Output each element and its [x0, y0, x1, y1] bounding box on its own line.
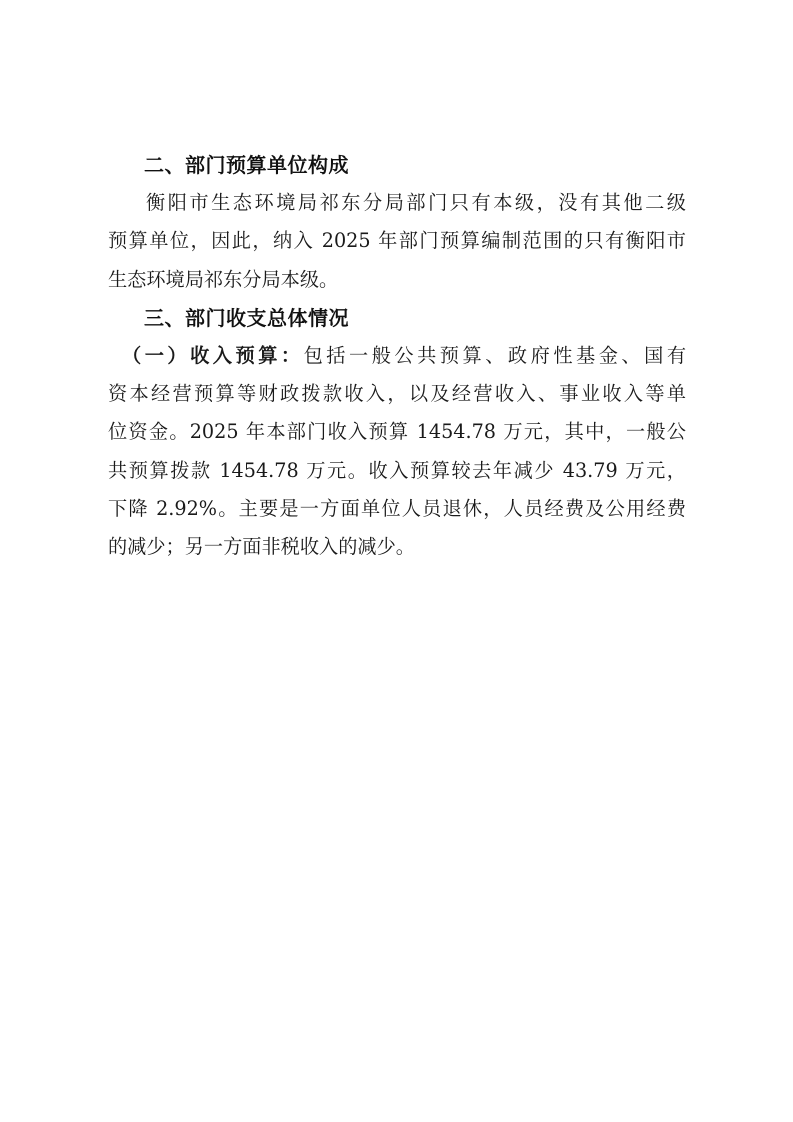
text-line: 生态环境局祁东分局本级。 [108, 261, 686, 299]
text-line: 预算单位，因此，纳入 2025 年部门预算编制范围的只有衡阳市 [108, 222, 686, 260]
text-line: 共预算拨款 1454.78 万元。收入预算较去年减少 43.79 万元， [108, 452, 686, 490]
text-line: 下降 2.92%。主要是一方面单位人员退休，人员经费及公用经费 [108, 490, 686, 528]
paragraph-budget-units: 衡阳市生态环境局祁东分局部门只有本级，没有其他二级 预算单位，因此，纳入 202… [108, 184, 686, 299]
text-line: 位资金。2025 年本部门收入预算 1454.78 万元，其中，一般公 [108, 413, 686, 451]
section-heading-budget-units: 二、部门预算单位构成 [108, 146, 686, 184]
document-page: 二、部门预算单位构成 衡阳市生态环境局祁东分局部门只有本级，没有其他二级 预算单… [0, 0, 793, 1122]
subsection-label-income-budget: （一）收入预算： [122, 344, 304, 367]
text-line: 资本经营预算等财政拨款收入，以及经营收入、事业收入等单 [108, 375, 686, 413]
text-line: （一）收入预算：包括一般公共预算、政府性基金、国有 [108, 337, 686, 375]
paragraph-income-budget: （一）收入预算：包括一般公共预算、政府性基金、国有 资本经营预算等财政拨款收入，… [108, 337, 686, 567]
document-body: 二、部门预算单位构成 衡阳市生态环境局祁东分局部门只有本级，没有其他二级 预算单… [108, 146, 686, 567]
text-line: 的减少；另一方面非税收入的减少。 [108, 528, 686, 566]
section-heading-income-expenditure: 三、部门收支总体情况 [108, 299, 686, 337]
text-line: 衡阳市生态环境局祁东分局部门只有本级，没有其他二级 [108, 184, 686, 222]
text-segment: 包括一般公共预算、政府性基金、国有 [304, 344, 686, 367]
